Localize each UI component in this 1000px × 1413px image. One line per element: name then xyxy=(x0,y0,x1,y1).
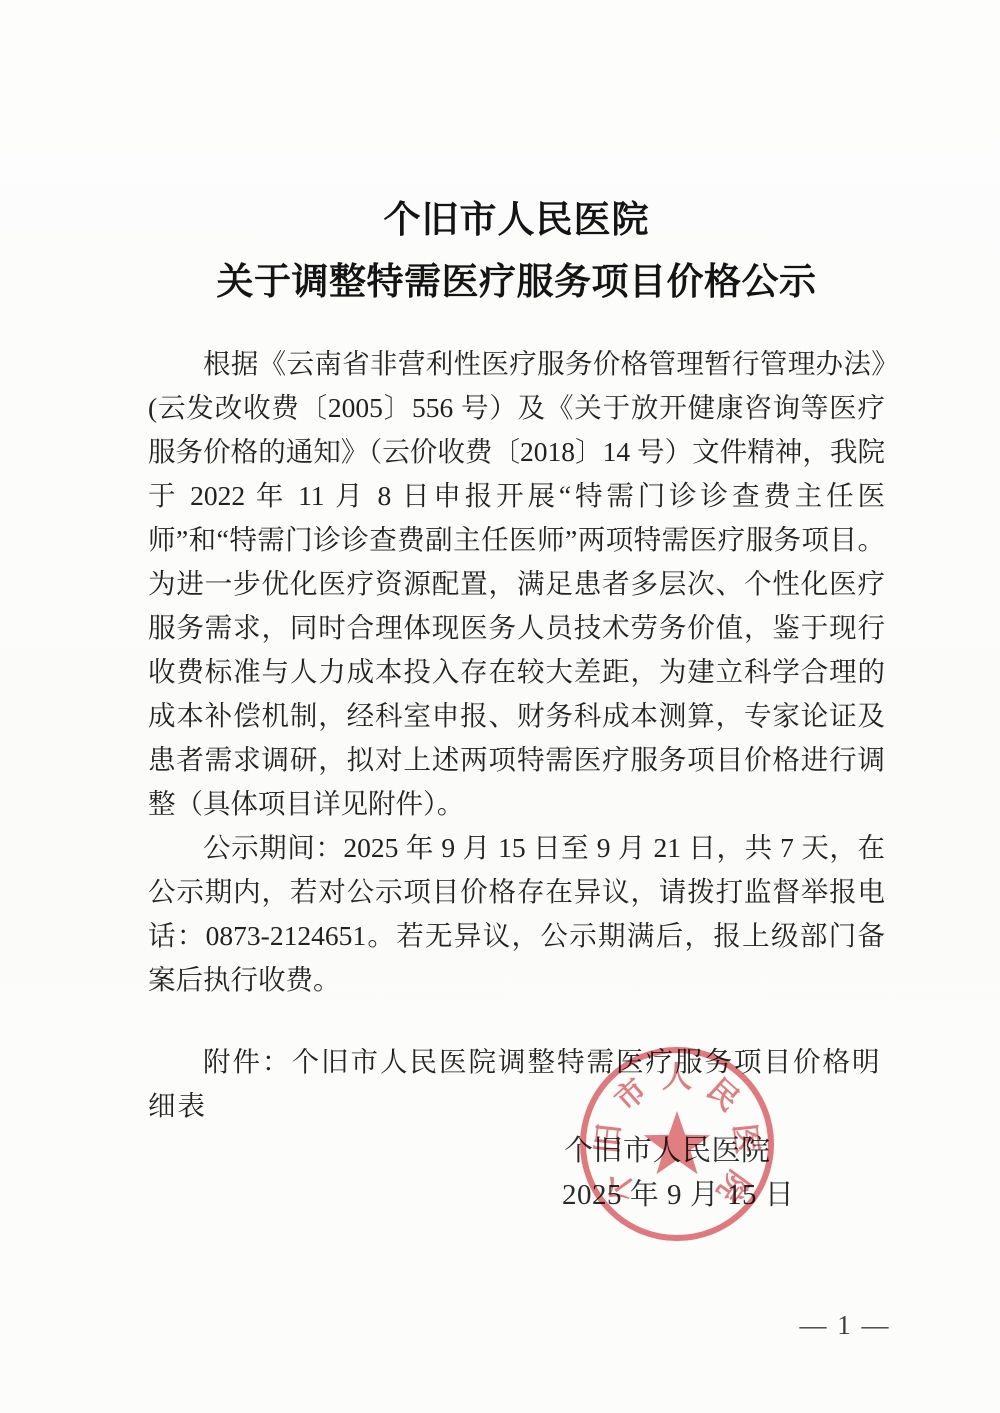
doc-body: 根据《云南省非营利性医疗服务价格管理暂行管理办法》(云发改收费〔2005〕556… xyxy=(148,342,885,1128)
seal-arc-char: 旧 xyxy=(591,1122,627,1155)
page-number: — 1 — xyxy=(770,1310,920,1341)
paragraph-policy-basis: 根据《云南省非营利性医疗服务价格管理暂行管理办法》(云发改收费〔2005〕556… xyxy=(148,342,885,826)
seal-arc-char: 人 xyxy=(662,1061,692,1094)
doc-org-title: 个旧市人民医院 xyxy=(148,196,885,244)
doc-subject-title: 关于调整特需医疗服务项目价格公示 xyxy=(148,258,885,306)
paragraph-notice-period: 公示期间：2025 年 9 月 15 日至 9 月 21 日，共 7 天，在公示… xyxy=(148,826,885,1002)
official-seal: 个 旧 市 人 民 医 院 xyxy=(577,1044,777,1244)
seal-arc-char: 医 xyxy=(727,1122,763,1155)
seal-star-icon xyxy=(644,1111,711,1174)
seal-arc-char: 市 xyxy=(609,1073,653,1118)
document-page: 个旧市人民医院 关于调整特需医疗服务项目价格公示 根据《云南省非营利性医疗服务价… xyxy=(0,0,1000,1413)
seal-arc-char: 民 xyxy=(701,1073,745,1118)
